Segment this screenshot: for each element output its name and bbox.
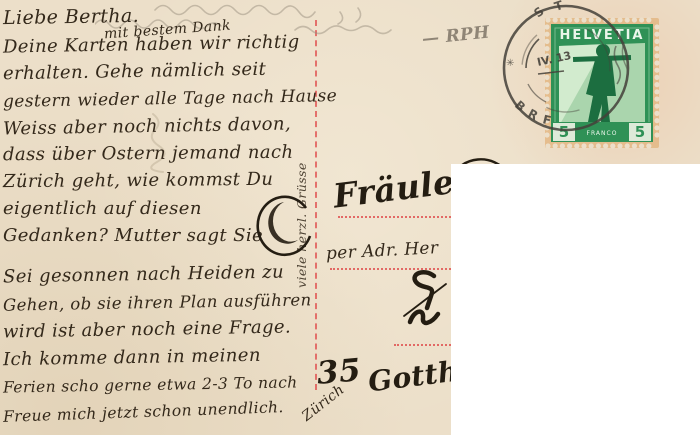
- message-line: dass über Ostern jemand nach: [3, 144, 294, 165]
- postcard-scan: Liebe Bertha.Deine Karten haben wir rich…: [0, 0, 700, 435]
- svg-text:S: S: [531, 4, 546, 20]
- message-line: gestern wieder alle Tage nach Hause: [3, 88, 337, 112]
- message-line: Gehen, ob sie ihren Plan ausführen: [3, 291, 312, 314]
- postmark-star-ornament: ✳: [506, 58, 514, 69]
- address-street: Gotth: [367, 357, 461, 397]
- message-line: eigentlich auf diesen: [3, 200, 202, 219]
- svg-text:R: R: [526, 106, 541, 123]
- white-cover-rectangle: [451, 164, 700, 435]
- message-line: Ferien scho gerne etwa 2-3 To nach: [3, 374, 298, 395]
- message-line: Sei gesonnen nach Heiden zu: [3, 264, 284, 288]
- address-line-3: [394, 344, 451, 346]
- postmark: STBRF IV. 13 ✳: [498, 0, 638, 140]
- message-line: Ich komme dann in meinen: [3, 347, 261, 370]
- address-street-number: 35: [316, 354, 363, 390]
- address-line-1: [338, 216, 451, 218]
- message-line: Gedanken? Mutter sagt Sie: [3, 227, 263, 246]
- message-line: Freue mich jetzt schon unendlich.: [3, 399, 284, 425]
- address-care-of: per Adr. Her: [326, 240, 439, 264]
- message-line: Weiss aber noch nichts davon,: [3, 115, 291, 139]
- ink-spiral-flourish: [250, 190, 320, 270]
- message-line: wird ist aber noch eine Frage.: [3, 318, 291, 342]
- message-line: erhalten. Gehe nämlich seit: [3, 61, 267, 84]
- svg-text:F: F: [541, 112, 552, 128]
- postmark-date: IV. 13: [536, 49, 572, 69]
- pencil-annotation: — RPH: [421, 24, 490, 49]
- address-city-initial-glyph: [398, 268, 454, 340]
- message-line: Zürich geht, wie kommst Du: [3, 171, 273, 192]
